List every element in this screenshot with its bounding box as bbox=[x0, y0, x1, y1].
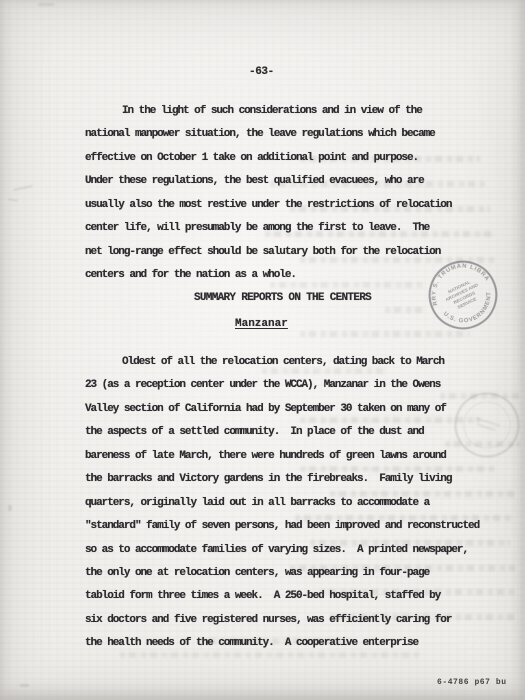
text-line: center life, will presumably be among th… bbox=[85, 217, 451, 240]
archive-reference-code: 6-4786 p67 bu bbox=[437, 678, 507, 687]
scan-speck bbox=[38, 3, 54, 6]
text-line: so as to accommodate families of varying… bbox=[85, 539, 479, 562]
scan-speck bbox=[8, 505, 12, 511]
paragraph-manzanar-report: Oldest of all the relocation centers, da… bbox=[85, 351, 479, 656]
text-line: effective on October 1 take on additiona… bbox=[85, 147, 451, 170]
text-line: quarters, originally laid out in all bar… bbox=[85, 492, 479, 515]
paragraph-leave-regulations: In the light of such considerations and … bbox=[85, 100, 451, 288]
text-line: national manpower situation, the leave r… bbox=[85, 123, 451, 146]
pencil-mark bbox=[13, 185, 33, 191]
text-line: the aspects of a settled community. In p… bbox=[85, 421, 479, 444]
text-line: centers and for the nation as a whole. bbox=[85, 264, 451, 287]
text-line: the barracks and Victory gardens in the … bbox=[85, 468, 479, 491]
scan-speck bbox=[20, 684, 29, 687]
text-line: 23 (as a reception center under the WCCA… bbox=[85, 374, 479, 397]
text-line: Under these regulations, the best qualif… bbox=[85, 170, 451, 193]
text-line: net long-range effect should be salutary… bbox=[85, 241, 451, 264]
section-heading: SUMMARY REPORTS ON THE CENTERS bbox=[194, 292, 371, 304]
subsection-heading-manzanar: Manzanar bbox=[235, 318, 288, 330]
text-line: the only one at relocation centers, was … bbox=[85, 562, 479, 585]
text-line: Valley section of California had by Sept… bbox=[85, 398, 479, 421]
text-line: "standard" family of seven persons, had … bbox=[85, 515, 479, 538]
scanned-document-page: -63- In the light of such considerations… bbox=[0, 0, 525, 700]
text-line: bareness of late March, there were hundr… bbox=[85, 445, 479, 468]
bleedthrough-mark bbox=[385, 307, 425, 313]
text-line: Oldest of all the relocation centers, da… bbox=[85, 351, 479, 374]
text-line: In the light of such considerations and … bbox=[85, 100, 451, 123]
text-line: the health needs of the community. A coo… bbox=[85, 632, 479, 655]
text-line: six doctors and five registered nurses, … bbox=[85, 609, 479, 632]
text-line: tabloid form three times a week. A 250-b… bbox=[85, 585, 479, 608]
text-line: usually also the most restive under the … bbox=[85, 194, 451, 217]
pencil-mark bbox=[8, 198, 18, 201]
page-number: -63- bbox=[249, 66, 274, 78]
